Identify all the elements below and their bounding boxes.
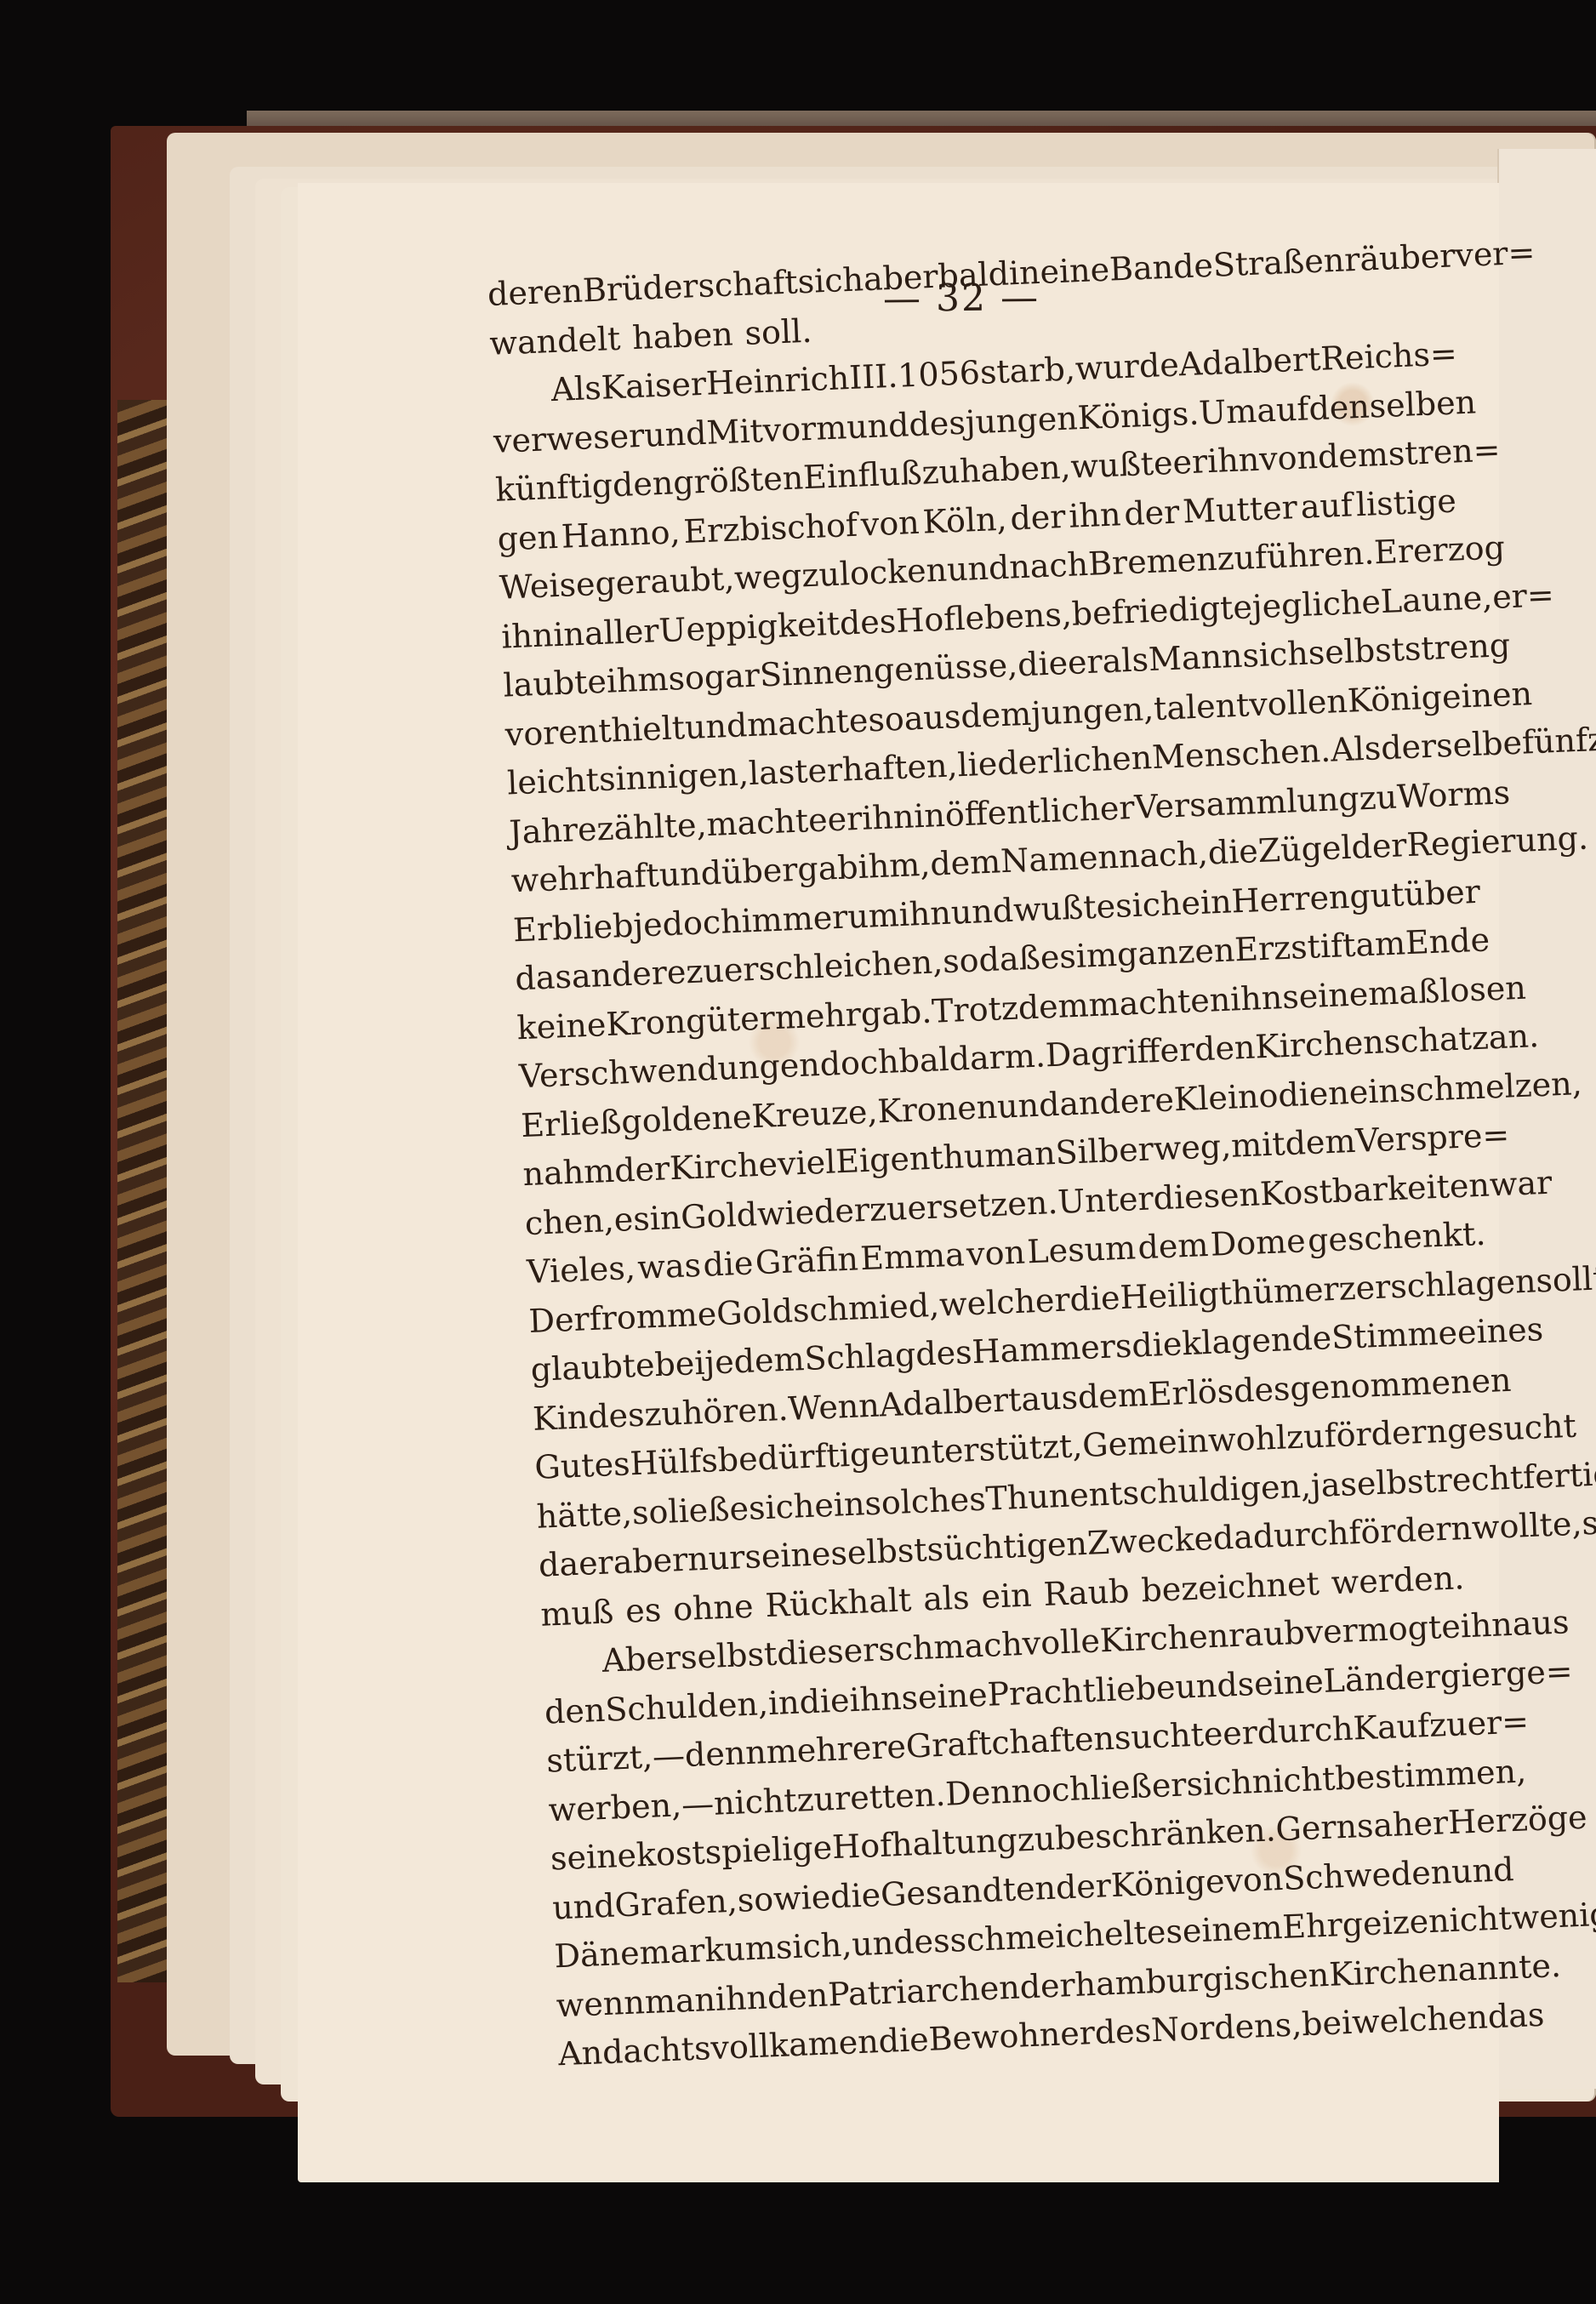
- word: Reichs=: [1320, 329, 1458, 384]
- word: auf: [1300, 481, 1354, 532]
- word: er: [826, 794, 863, 844]
- word: Lesum: [1026, 1223, 1137, 1277]
- word: dadurch: [1212, 1509, 1350, 1564]
- word: zu: [869, 1184, 909, 1235]
- word: Hoflebens,: [895, 590, 1073, 646]
- word: verweser: [493, 411, 645, 466]
- word: der: [1055, 1862, 1112, 1913]
- word: derselbe: [1380, 719, 1523, 773]
- word: soll.: [744, 306, 812, 358]
- word: wollte,: [1471, 1500, 1583, 1554]
- word: geraubt,: [594, 555, 735, 609]
- word: denselben: [1308, 378, 1477, 433]
- word: zu: [1017, 1815, 1057, 1865]
- word: aber: [863, 253, 939, 305]
- word: sich: [748, 1481, 816, 1533]
- word: Weise: [499, 560, 596, 613]
- word: selbst: [1339, 1457, 1437, 1509]
- word: befriedigte: [1071, 583, 1253, 639]
- word: Schlag: [803, 1331, 916, 1384]
- word: Prachtliebe: [986, 1662, 1176, 1719]
- word: bald: [937, 249, 1010, 301]
- word: sogar: [667, 652, 761, 704]
- word: der: [1019, 1960, 1076, 2011]
- word: stren=: [1388, 425, 1502, 479]
- page-body-text: derenBrüderschaftsichaberbaldineineBande…: [487, 232, 1518, 2079]
- word: ihn: [500, 611, 554, 662]
- word: ließe: [667, 1484, 750, 1536]
- word: über: [1403, 867, 1481, 919]
- word: einschmelzen,: [1348, 1059, 1583, 1117]
- word: unterstützt,: [889, 1422, 1084, 1479]
- word: Goldschmied,: [715, 1280, 940, 1338]
- word: Bremen: [1087, 535, 1218, 590]
- word: machten: [1087, 975, 1231, 1029]
- word: so: [1581, 1498, 1596, 1548]
- word: hören.: [681, 1384, 789, 1437]
- word: glaubte: [530, 1341, 656, 1394]
- word: dem: [1317, 431, 1389, 482]
- word: Laune,: [1380, 573, 1494, 626]
- word: den: [612, 459, 675, 510]
- word: größten: [672, 453, 804, 508]
- word: retten.: [834, 1770, 946, 1823]
- word: bei: [1301, 1999, 1353, 2050]
- marbled-spine: [117, 400, 167, 1982]
- word: Rückhalt: [764, 1576, 912, 1630]
- word: Stimme: [1331, 1309, 1458, 1362]
- word: so: [631, 1487, 670, 1537]
- word: des: [1094, 2006, 1153, 2057]
- word: und: [684, 701, 749, 752]
- word: Graftchaften: [905, 1714, 1115, 1771]
- word: wußte: [1069, 439, 1173, 492]
- word: arm.: [969, 1031, 1046, 1083]
- word: Trotzdem: [931, 981, 1090, 1036]
- word: Kaiser: [601, 360, 708, 413]
- word: Worms: [1396, 768, 1511, 822]
- word: dem: [960, 689, 1032, 741]
- word: fünfzehn: [1521, 713, 1596, 767]
- word: Kostbarkeiten: [1259, 1161, 1491, 1218]
- word: den: [1194, 1024, 1257, 1075]
- word: in: [1008, 248, 1041, 299]
- word: Heiligthümer: [1119, 1264, 1339, 1322]
- word: erschleichen,: [723, 938, 944, 995]
- word: in: [767, 1678, 801, 1728]
- word: dem: [1077, 1370, 1149, 1422]
- word: Unter: [1057, 1174, 1154, 1227]
- word: selbst: [680, 1630, 778, 1683]
- word: ihn: [861, 792, 915, 843]
- word: Könige: [1110, 1856, 1226, 1910]
- word: er: [1222, 1708, 1258, 1759]
- word: ja: [1310, 1460, 1342, 1510]
- word: immer: [740, 893, 848, 945]
- word: Ehrgeize: [1281, 1897, 1429, 1952]
- word: nicht: [1251, 1754, 1337, 1806]
- word: Als: [550, 364, 602, 415]
- word: ver=: [1454, 229, 1536, 281]
- word: es: [624, 1586, 662, 1636]
- word: des: [908, 398, 966, 449]
- word: suchte: [1114, 1710, 1224, 1764]
- word: aus: [1512, 1598, 1570, 1649]
- word: Ueppigkeit: [658, 599, 841, 655]
- word: Herrengut: [1230, 870, 1405, 927]
- word: sich: [796, 255, 864, 307]
- word: Er: [512, 904, 553, 955]
- word: Bewohner: [927, 2009, 1096, 2064]
- word: chen,: [524, 1195, 615, 1248]
- word: zu: [796, 1775, 836, 1825]
- word: ihn: [715, 1973, 768, 2024]
- word: klagende: [1181, 1314, 1332, 1369]
- word: von: [966, 1229, 1026, 1280]
- word: ersetzen.: [906, 1178, 1058, 1233]
- word: sich: [1114, 879, 1183, 931]
- word: bald: [898, 1035, 971, 1086]
- word: aller: [584, 607, 660, 659]
- word: mehr: [774, 990, 862, 1043]
- word: Vieles,: [526, 1244, 636, 1297]
- word: mit: [1230, 1120, 1286, 1171]
- word: Hanno,: [561, 508, 681, 562]
- word: Heinrich: [705, 354, 851, 408]
- word: die: [1207, 827, 1259, 878]
- word: Als: [1330, 724, 1382, 775]
- word: Mutter: [1182, 483, 1298, 537]
- word: öffentlicher: [944, 783, 1136, 839]
- word: Kirchenraub: [1099, 1609, 1306, 1666]
- word: Straßenräuber: [1212, 231, 1456, 290]
- word: einen: [1441, 670, 1533, 722]
- word: Kirche: [669, 1140, 778, 1194]
- word: weg,: [1153, 1122, 1233, 1174]
- word: Verspre=: [1354, 1111, 1510, 1166]
- word: rechtfertigen,: [1435, 1447, 1596, 1505]
- word: ihm: [606, 655, 670, 706]
- word: und: [996, 1080, 1061, 1131]
- word: das: [514, 953, 573, 1004]
- word: war: [1489, 1158, 1553, 1209]
- word: Adalbert: [1178, 335, 1322, 390]
- word: die: [1131, 1320, 1183, 1371]
- word: die: [702, 1239, 754, 1290]
- word: ihm,: [858, 841, 932, 893]
- word: er: [1171, 437, 1208, 488]
- word: Er: [1373, 528, 1414, 578]
- word: was: [636, 1241, 702, 1292]
- word: an: [1014, 1129, 1056, 1179]
- word: es: [913, 1917, 950, 1967]
- word: am: [1354, 919, 1406, 970]
- word: eine: [1039, 246, 1110, 298]
- word: Bande: [1109, 242, 1214, 294]
- word: —: [681, 1779, 715, 1829]
- word: Der: [527, 1295, 590, 1346]
- word: der: [1009, 492, 1066, 543]
- word: Kindes: [532, 1390, 646, 1444]
- word: von: [1223, 1854, 1284, 1905]
- word: wieder: [756, 1185, 870, 1239]
- word: Kronen: [876, 1082, 998, 1136]
- word: Dennoch: [944, 1764, 1092, 1818]
- word: bestimmen,: [1334, 1747, 1527, 1803]
- word: wenn: [556, 1978, 646, 2031]
- word: Krongüter: [605, 994, 776, 1049]
- word: von: [1258, 433, 1319, 484]
- word: wurde: [1074, 340, 1180, 393]
- word: des: [1233, 1365, 1291, 1416]
- word: Einfluß: [802, 449, 923, 503]
- word: Kirche: [1328, 1946, 1438, 1999]
- word: er: [1151, 1760, 1188, 1811]
- word: ihn: [1460, 1600, 1513, 1651]
- word: mehrere: [766, 1723, 907, 1777]
- word: dem: [1137, 1221, 1209, 1273]
- word: Wenn: [787, 1381, 881, 1434]
- word: andere: [1058, 1075, 1175, 1129]
- word: Da: [1045, 1029, 1092, 1081]
- word: der: [1350, 821, 1407, 872]
- word: ge=: [1505, 1647, 1574, 1699]
- word: Andachtsvoll: [557, 2022, 770, 2079]
- word: goldene: [620, 1092, 752, 1147]
- word: wegzulocken: [733, 546, 948, 603]
- word: doch: [819, 1037, 900, 1089]
- word: vermogte: [1304, 1602, 1462, 1657]
- word: die: [878, 2016, 930, 2067]
- word: ihn: [898, 888, 952, 939]
- word: Gesandten: [880, 1863, 1057, 1919]
- word: hätte,: [536, 1489, 633, 1542]
- word: andere: [571, 948, 687, 1001]
- word: sich: [1185, 1758, 1253, 1810]
- word: seine: [1281, 970, 1369, 1023]
- word: haben,: [959, 443, 1072, 497]
- word: Dome: [1210, 1217, 1307, 1269]
- word: Mitvormund: [705, 401, 909, 458]
- word: zerschlagen: [1337, 1257, 1536, 1314]
- word: Menschen.: [1151, 727, 1331, 783]
- word: vorenthielt: [504, 704, 686, 760]
- word: da: [538, 1540, 579, 1590]
- word: jungen: [965, 394, 1079, 448]
- word: auf: [1256, 385, 1309, 436]
- word: maßlosen: [1367, 963, 1527, 1018]
- word: zu: [921, 448, 960, 498]
- word: und: [551, 1881, 616, 1932]
- word: an.: [1488, 1012, 1540, 1063]
- word: er: [578, 1538, 614, 1588]
- word: haben: [631, 310, 734, 362]
- word: Patriarchen: [827, 1963, 1021, 2020]
- word: Silber: [1054, 1125, 1154, 1178]
- word: so: [867, 694, 905, 744]
- word: so: [942, 936, 980, 986]
- word: um: [846, 891, 900, 942]
- word: kamen: [768, 2017, 880, 2071]
- word: zu: [1285, 1412, 1325, 1463]
- word: aber: [613, 1536, 689, 1588]
- word: Kleinodien: [1173, 1069, 1350, 1125]
- word: machte: [746, 696, 869, 750]
- word: seinem: [1165, 1903, 1283, 1957]
- word: sollte,: [1535, 1252, 1596, 1305]
- word: —: [652, 1731, 686, 1782]
- word: und: [946, 544, 1011, 595]
- word: Kreuze,: [750, 1087, 878, 1141]
- word: lasterhaften,: [748, 741, 959, 798]
- word: und: [643, 408, 708, 459]
- word: Hofhaltung: [831, 1816, 1018, 1872]
- word: jedoch: [632, 897, 742, 950]
- word: und: [658, 849, 723, 900]
- word: dem: [1284, 1117, 1356, 1169]
- word: ließ: [1090, 1762, 1153, 1813]
- word: Adalbert: [879, 1375, 1023, 1429]
- word: Er: [520, 1100, 561, 1150]
- word: daß: [978, 934, 1041, 985]
- word: im: [1075, 931, 1118, 981]
- word: wandelt: [488, 314, 621, 368]
- word: die: [1069, 1274, 1120, 1325]
- word: fördern: [1348, 1504, 1473, 1558]
- word: künftig: [494, 461, 613, 515]
- word: sich,: [775, 1920, 853, 1972]
- word: streng: [1404, 621, 1511, 674]
- word: viel: [777, 1138, 837, 1189]
- word: das: [1487, 1991, 1546, 2042]
- word: jungen,: [1030, 684, 1154, 738]
- word: Erlös: [1148, 1366, 1235, 1418]
- word: dieser: [776, 1626, 879, 1679]
- word: und: [950, 886, 1015, 937]
- word: der: [613, 1144, 670, 1195]
- word: Aber: [601, 1634, 682, 1685]
- word: seine: [744, 1530, 831, 1583]
- word: nach: [1008, 540, 1089, 592]
- word: er: [1067, 637, 1103, 687]
- word: er: [1412, 1799, 1449, 1849]
- word: Eigenthum: [835, 1131, 1017, 1187]
- word: es: [1040, 932, 1077, 983]
- word: Thun: [984, 1471, 1070, 1523]
- word: bezeichnet: [1140, 1559, 1320, 1615]
- word: talentvollen: [1153, 676, 1348, 733]
- word: um: [723, 1924, 777, 1975]
- word: selbst: [1308, 625, 1405, 678]
- word: schmachvolle: [877, 1617, 1101, 1674]
- word: sah: [1356, 1800, 1415, 1851]
- word: als: [1102, 636, 1150, 687]
- word: jedem: [704, 1335, 805, 1388]
- word: Gold: [680, 1190, 758, 1242]
- word: ohne: [672, 1582, 755, 1634]
- word: Namen: [1000, 833, 1120, 887]
- word: nicht: [1428, 1894, 1513, 1946]
- word: ließ: [559, 1098, 622, 1149]
- word: nahm: [522, 1147, 616, 1200]
- word: des: [839, 597, 898, 648]
- word: er=: [1491, 570, 1555, 621]
- word: solches: [864, 1474, 986, 1528]
- word: Emma: [859, 1230, 966, 1283]
- word: es: [613, 1195, 651, 1245]
- word: Herzöge: [1447, 1794, 1588, 1848]
- word: und: [1451, 1845, 1515, 1896]
- word: die: [829, 1870, 881, 1921]
- word: werden.: [1331, 1554, 1466, 1608]
- word: zu: [685, 946, 725, 996]
- word: gesucht: [1446, 1402, 1577, 1457]
- word: wußte: [1012, 881, 1116, 934]
- word: und: [851, 1918, 915, 1969]
- word: Gutes: [533, 1440, 630, 1492]
- word: diesen: [1152, 1170, 1261, 1223]
- word: der: [1123, 488, 1180, 539]
- word: Regierung.: [1405, 814, 1589, 870]
- word: ihn: [1229, 973, 1283, 1024]
- word: Köln,: [921, 494, 1007, 546]
- word: von: [860, 498, 921, 549]
- word: Ende: [1405, 915, 1491, 967]
- word: des: [915, 1328, 973, 1379]
- word: in: [649, 1193, 682, 1243]
- word: genommenen: [1289, 1355, 1512, 1413]
- word: seine: [900, 1670, 988, 1723]
- word: ihn: [1068, 490, 1121, 541]
- word: zählte,: [596, 801, 707, 854]
- word: geschenkt.: [1307, 1210, 1487, 1266]
- word: als: [922, 1573, 971, 1624]
- word: jegliche: [1251, 578, 1382, 632]
- word: ein: [1180, 877, 1232, 928]
- word: blieb: [551, 901, 635, 953]
- word: Schulden,: [604, 1680, 769, 1735]
- word: wie: [772, 1873, 831, 1924]
- word: welchen: [1351, 1993, 1489, 2047]
- word: Erzbischof: [682, 500, 858, 556]
- word: Mann: [1148, 632, 1244, 685]
- word: fromme: [589, 1290, 718, 1343]
- word: Königs.: [1076, 389, 1200, 442]
- word: machte: [705, 796, 828, 849]
- word: übergab: [721, 843, 859, 898]
- word: zu: [1428, 1700, 1468, 1750]
- word: kostspielige: [636, 1823, 833, 1880]
- word: laubte: [502, 658, 607, 710]
- word: Gräfin: [755, 1235, 859, 1287]
- word: den: [544, 1685, 607, 1737]
- word: bei: [653, 1339, 705, 1390]
- word: nach,: [1118, 830, 1209, 882]
- word: Brüderschaft: [582, 258, 799, 316]
- word: ihn: [848, 1674, 902, 1725]
- word: Grafen,: [613, 1876, 738, 1930]
- word: König: [1347, 673, 1443, 726]
- word: starb,: [979, 345, 1076, 397]
- word: aus: [1020, 1373, 1079, 1424]
- word: seine: [550, 1831, 637, 1884]
- word: aus: [903, 693, 962, 744]
- word: Nordens,: [1150, 2000, 1302, 2056]
- word: Versammlung: [1133, 774, 1359, 832]
- word: listige: [1355, 476, 1457, 529]
- word: er: [1159, 1025, 1195, 1075]
- word: nur: [687, 1533, 745, 1584]
